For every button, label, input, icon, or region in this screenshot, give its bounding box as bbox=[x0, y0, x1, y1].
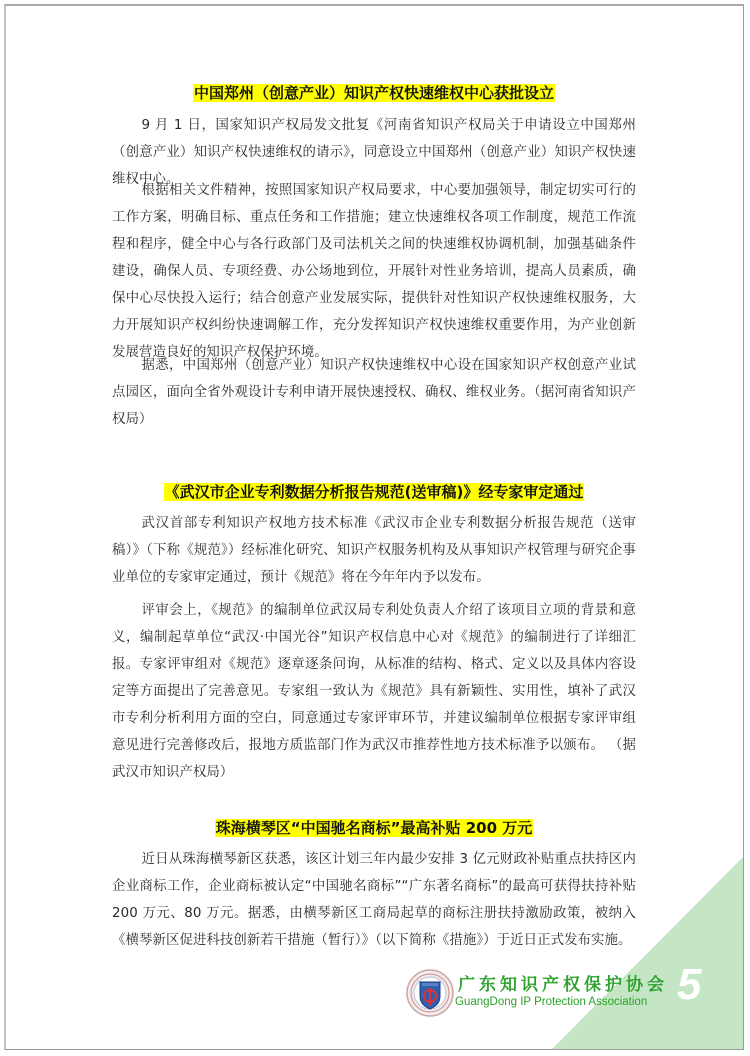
association-emblem-icon bbox=[405, 968, 455, 1018]
article-2-title: 《武汉市企业专利数据分析报告规范(送审稿)》经专家审定通过 bbox=[112, 482, 636, 502]
article-1-title: 中国郑州（创意产业）知识产权快速维权中心获批设立 bbox=[112, 83, 636, 103]
org-name-english: GuangDong IP Protection Association bbox=[455, 996, 647, 1008]
article-2-paragraph-1: 武汉首部专利知识产权地方技术标准《武汉市企业专利数据分析报告规范（送审稿）》（下… bbox=[112, 510, 636, 591]
article-2-paragraph-2: 评审会上，《规范》的编制单位武汉局专利处负责人介绍了该项目立项的背景和意义，编制… bbox=[112, 597, 636, 786]
article-3-paragraph-1: 近日从珠海横琴新区获悉，该区计划三年内最少安排 3 亿元财政补贴重点扶持区内企业… bbox=[112, 846, 636, 954]
org-name-chinese: 广东知识产权保护协会 bbox=[458, 970, 668, 995]
page-number: 5 bbox=[677, 960, 701, 1010]
article-1-paragraph-2: 根据相关文件精神，按照国家知识产权局要求，中心要加强领导，制定切实可行的工作方案… bbox=[112, 177, 636, 366]
article-3-title: 珠海横琴区“中国驰名商标”最高补贴 200 万元 bbox=[112, 818, 636, 838]
article-1-paragraph-3: 据悉，中国郑州（创意产业）知识产权快速维权中心设在国家知识产权创意产业试点园区，… bbox=[112, 352, 636, 433]
